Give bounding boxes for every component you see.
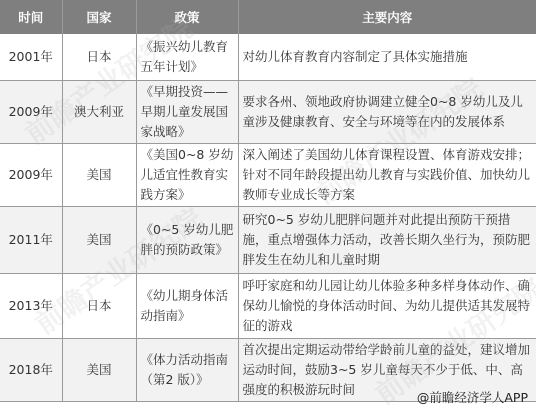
header-time: 时间: [0, 0, 62, 34]
table-row: 2011年 美国 《0~5 岁幼儿肥胖的预防政策》 研究0~5 岁幼儿肥胖问题并…: [0, 206, 536, 273]
source-credit: @前瞻经济学人APP: [417, 388, 528, 406]
cell-country: 日本: [62, 273, 136, 338]
cell-year: 2009年: [0, 143, 62, 206]
table-row: 2013年 日本 《幼儿期身体活动指南》 呼吁家庭和幼儿园让幼儿体验多种多样身体…: [0, 273, 536, 338]
cell-content: 对幼儿体育教育内容制定了具体实施措施: [238, 34, 536, 80]
table-row: 2001年 日本 《振兴幼儿教育五年计划》 对幼儿体育教育内容制定了具体实施措施: [0, 34, 536, 80]
cell-year: 2013年: [0, 273, 62, 338]
table-row: 2009年 澳大利亚 《早期投资——早期儿童发展国家战略》 要求各州、领地政府协…: [0, 80, 536, 143]
table-row: 2009年 美国 《美国0~8 岁幼儿适宜性教育实践方案》 深入阐述了美国幼儿体…: [0, 143, 536, 206]
cell-year: 2001年: [0, 34, 62, 80]
cell-policy: 《振兴幼儿教育五年计划》: [136, 34, 238, 80]
cell-policy: 《0~5 岁幼儿肥胖的预防政策》: [136, 206, 238, 273]
header-country: 国家: [62, 0, 136, 34]
cell-content: 呼吁家庭和幼儿园让幼儿体验多种多样身体动作、确保幼儿愉悦的身体活动时间、为幼儿提…: [238, 273, 536, 338]
policy-table: 时间 国家 政策 主要内容 2001年 日本 《振兴幼儿教育五年计划》 对幼儿体…: [0, 0, 536, 402]
cell-country: 美国: [62, 206, 136, 273]
cell-country: 美国: [62, 338, 136, 401]
cell-policy: 《美国0~8 岁幼儿适宜性教育实践方案》: [136, 143, 238, 206]
cell-policy: 《体力活动指南（第2 版）》: [136, 338, 238, 401]
cell-country: 澳大利亚: [62, 80, 136, 143]
cell-policy: 《幼儿期身体活动指南》: [136, 273, 238, 338]
header-content: 主要内容: [238, 0, 536, 34]
cell-content: 深入阐述了美国幼儿体育课程设置、体育游戏安排；针对不同年龄段提出幼儿教育与实践价…: [238, 143, 536, 206]
cell-content: 研究0~5 岁幼儿肥胖问题并对此提出预防干预措施，重点增强体力活动，改善长期久坐…: [238, 206, 536, 273]
cell-content: 要求各州、领地政府协调建立健全0~8 岁幼儿及儿童涉及健康教育、安全与环境等在内…: [238, 80, 536, 143]
table-header-row: 时间 国家 政策 主要内容: [0, 0, 536, 34]
cell-year: 2011年: [0, 206, 62, 273]
cell-policy: 《早期投资——早期儿童发展国家战略》: [136, 80, 238, 143]
cell-country: 美国: [62, 143, 136, 206]
cell-year: 2018年: [0, 338, 62, 401]
cell-country: 日本: [62, 34, 136, 80]
header-policy: 政策: [136, 0, 238, 34]
cell-year: 2009年: [0, 80, 62, 143]
